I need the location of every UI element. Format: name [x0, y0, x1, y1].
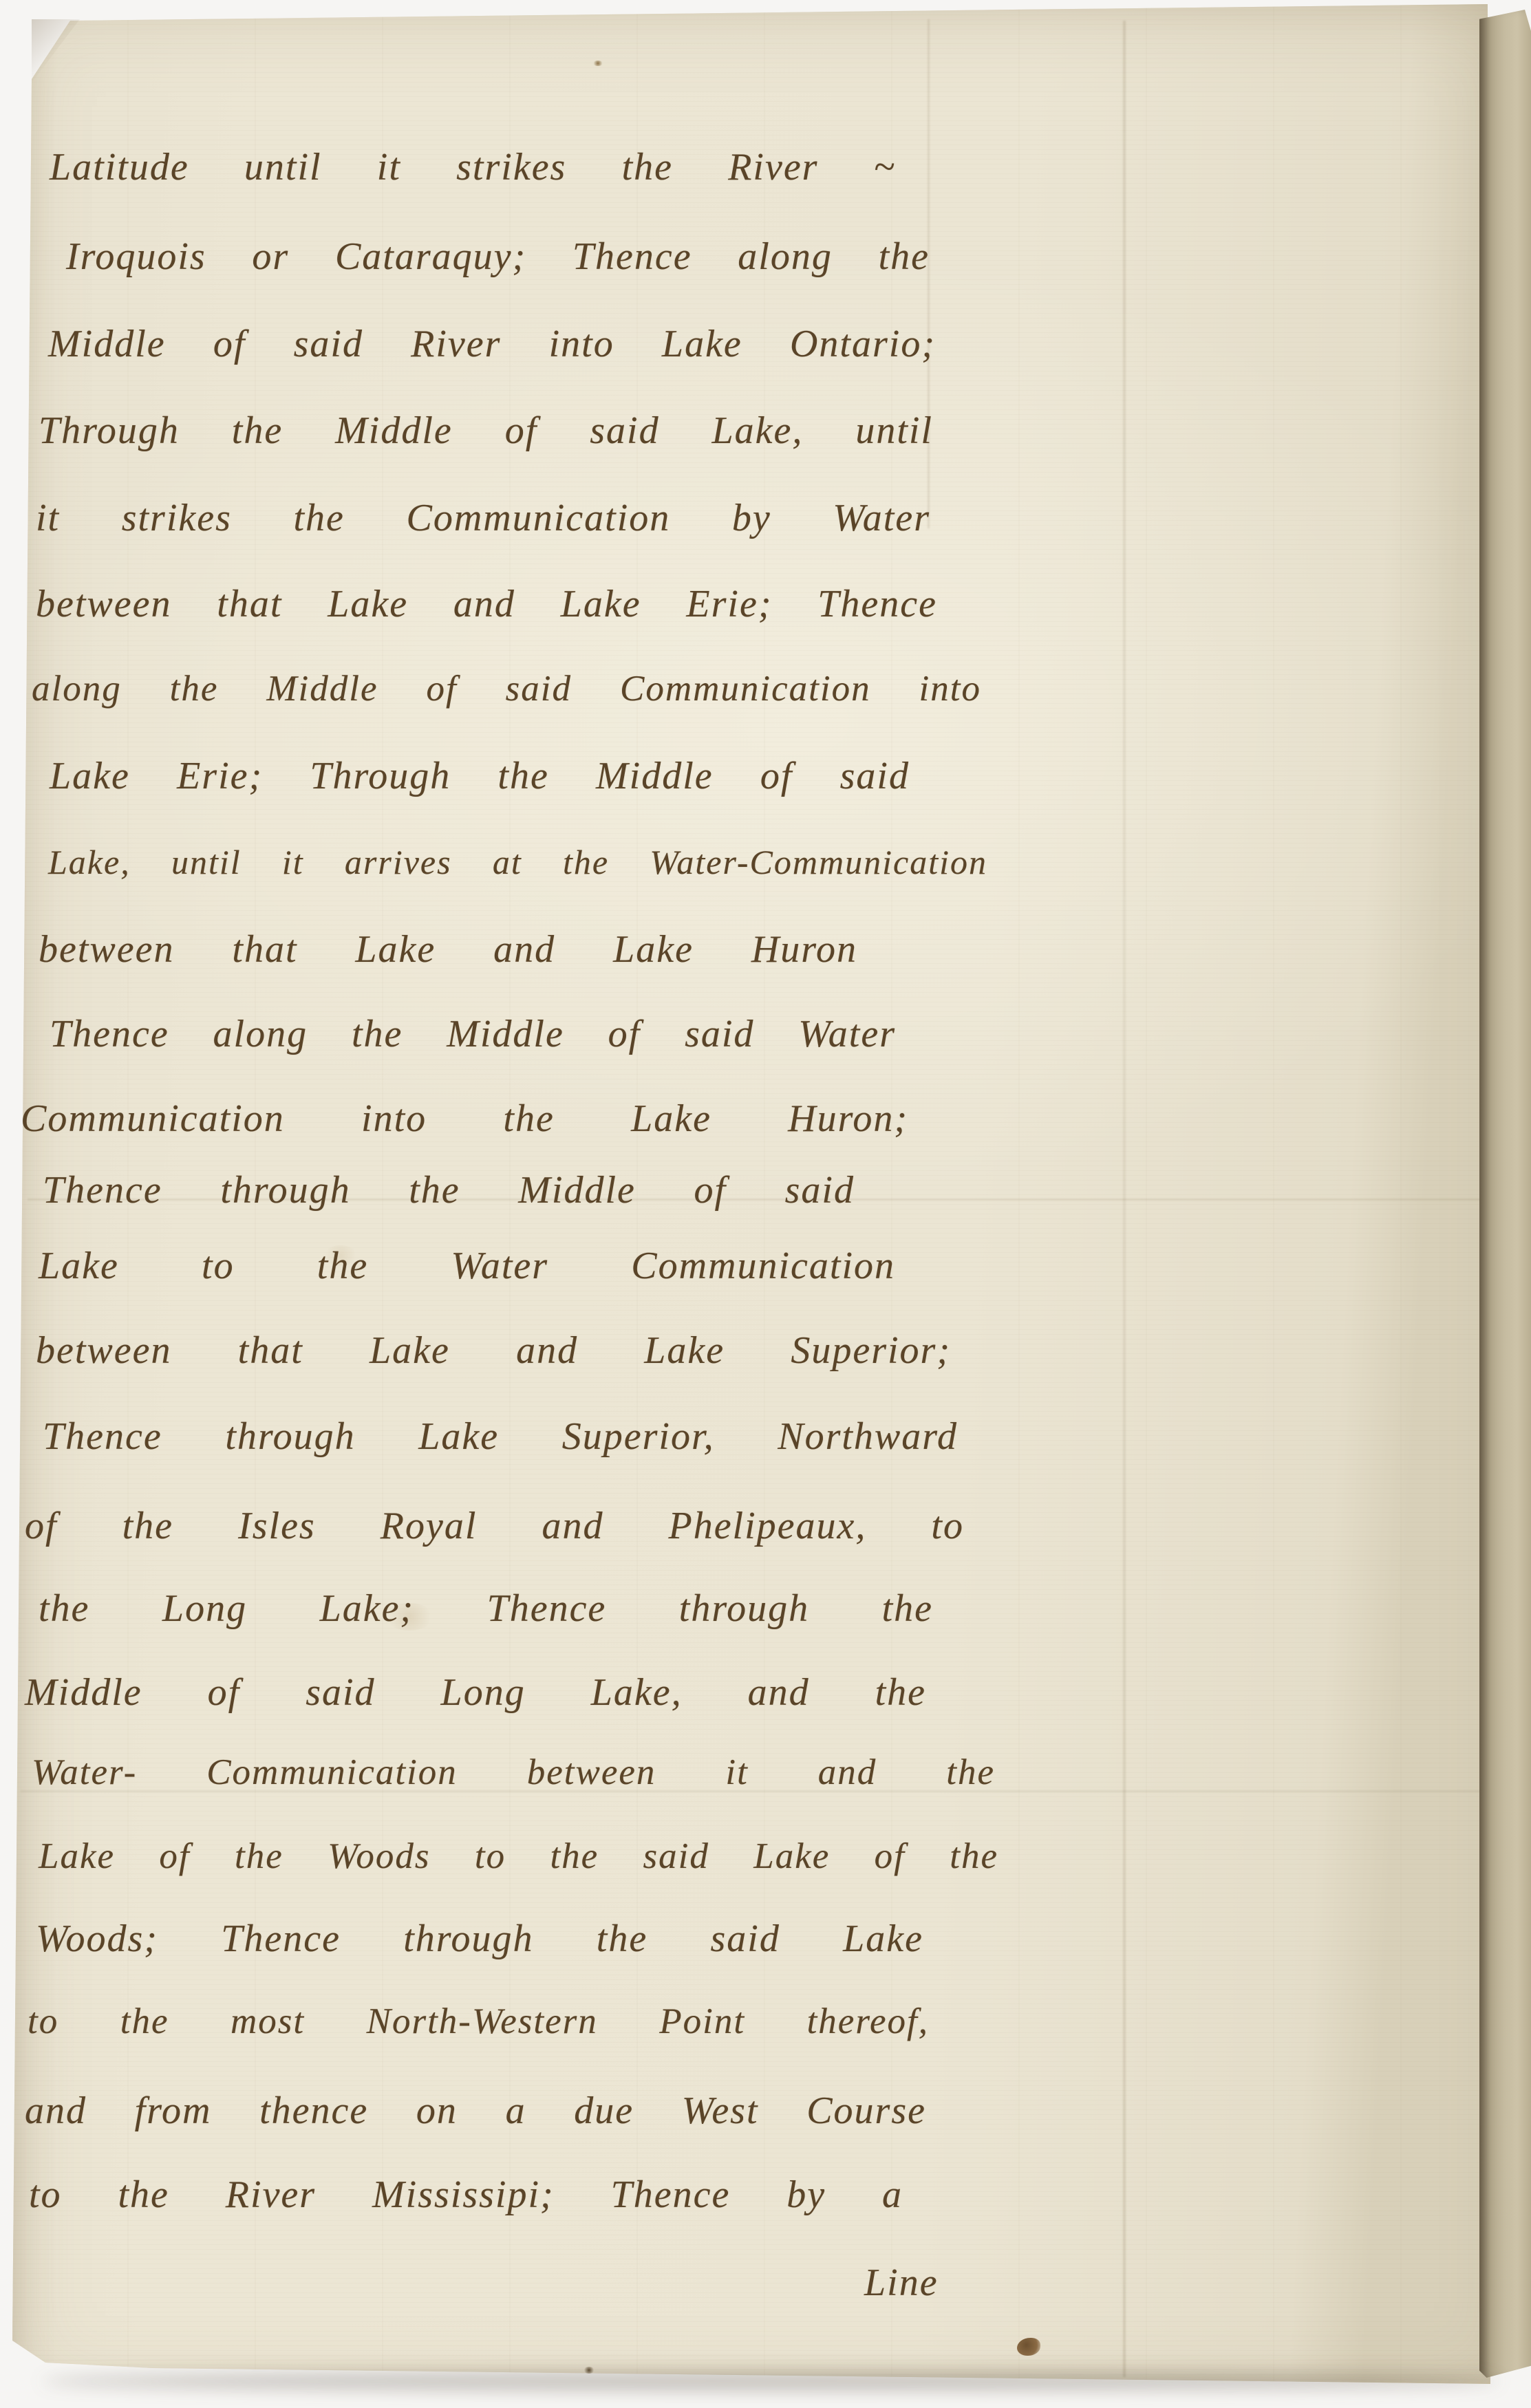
manuscript-line: Latitude until it strikes the River ~	[50, 148, 896, 186]
manuscript-line: Lake to the Water Communication	[39, 1247, 895, 1285]
manuscript-line: Communication into the Lake Huron;	[21, 1099, 908, 1138]
page-drop-shadow	[41, 2372, 1500, 2390]
manuscript-line: Water- Communication between it and the	[32, 1754, 995, 1791]
manuscript-line: along the Middle of said Communication i…	[32, 671, 981, 707]
manuscript-line: Woods; Thence through the said Lake	[36, 1920, 923, 1958]
manuscript-line: to the most North-Western Point thereof,	[28, 2003, 929, 2040]
manuscript-line: Lake, until it arrives at the Water-Comm…	[48, 845, 987, 879]
manuscript-line: Iroquois or Cataraquy; Thence along the	[66, 237, 930, 276]
manuscript-line: to the River Mississipi; Thence by a	[29, 2175, 903, 2214]
ink-speck	[593, 61, 603, 66]
catchword: Line	[864, 2264, 939, 2302]
manuscript-line: Lake of the Woods to the said Lake of th…	[39, 1838, 998, 1875]
manuscript-line: Thence along the Middle of said Water	[50, 1015, 896, 1053]
manuscript-line: Middle of said River into Lake Ontario;	[48, 325, 936, 363]
manuscript-line: Thence through the Middle of said	[43, 1171, 855, 1210]
worn-leaf-edge	[1479, 10, 1531, 2378]
photograph-backdrop: { "document": { "kind": "handwritten man…	[0, 0, 1531, 2408]
manuscript-line: and from thence on a due West Course	[25, 2092, 926, 2130]
manuscript-line: between that Lake and Lake Superior;	[36, 1331, 951, 1370]
manuscript-line: Through the Middle of said Lake, until	[39, 411, 933, 450]
manuscript-line: it strikes the Communication by Water	[36, 499, 930, 537]
manuscript-line: between that Lake and Lake Erie; Thence	[36, 585, 937, 623]
manuscript-line: Thence through Lake Superior, Northward	[43, 1417, 958, 1456]
manuscript-line: between that Lake and Lake Huron	[39, 930, 857, 969]
manuscript-line: of the Isles Royal and Phelipeaux, to	[25, 1507, 964, 1545]
manuscript-line: Lake Erie; Through the Middle of said	[50, 757, 910, 795]
manuscript-line: the Long Lake; Thence through the	[39, 1589, 933, 1628]
manuscript-line: Middle of said Long Lake, and the	[25, 1673, 926, 1712]
